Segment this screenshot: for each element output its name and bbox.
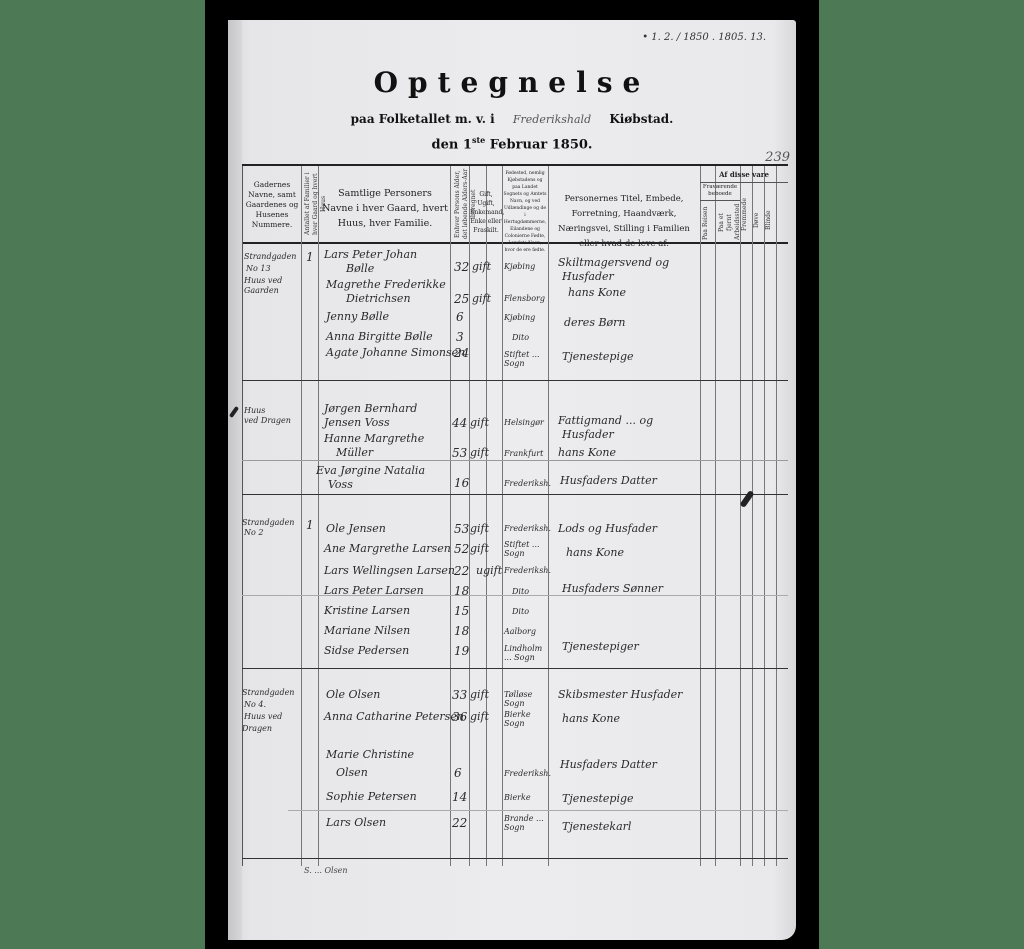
census-date: den 1ste Februar 1850. — [228, 135, 796, 152]
person-name: Lars Wellingsen Larsen — [324, 564, 455, 577]
person-occupation: Fattigmand ... og — [558, 414, 653, 427]
person-name: Müller — [336, 446, 373, 459]
person-name: Voss — [328, 478, 353, 491]
person-name: Lars Peter Johan — [324, 248, 417, 261]
person-name: Sidse Pedersen — [324, 644, 409, 657]
header-street: Gadernes Navne, samt Gaardenes og Husene… — [244, 180, 300, 230]
person-name: Jensen Voss — [324, 416, 390, 429]
person-birthplace: Helsingør — [504, 418, 544, 427]
street-number: No 13 — [246, 264, 271, 273]
person-birthplace: Flensborg — [504, 294, 545, 303]
person-name: Anna Catharine Petersen — [324, 710, 464, 723]
family-count: 1 — [306, 518, 314, 532]
person-birthplace: Frederiksh. — [504, 479, 551, 488]
person-age: 6 — [454, 766, 462, 780]
col-line — [242, 166, 243, 866]
person-name: Olsen — [336, 766, 368, 779]
person-name: Marie Christine — [326, 748, 414, 761]
person-age: 6 — [456, 310, 464, 324]
household-divider — [242, 668, 788, 669]
person-occupation: Husfaders Datter — [560, 474, 657, 487]
person-marital: ugift — [476, 564, 502, 577]
col-line — [548, 166, 549, 866]
person-occupation: Husfaders Sønner — [562, 582, 663, 595]
person-birthplace: Dito — [512, 587, 529, 596]
col-line — [450, 166, 451, 866]
person-age: 25 — [454, 292, 469, 306]
person-name: Ole Jensen — [326, 522, 386, 535]
person-name: Eva Jørgine Natalia — [316, 464, 425, 477]
person-birthplace: Tølløse Sogn — [504, 690, 546, 708]
page-binding — [228, 20, 242, 940]
col-line — [752, 166, 753, 866]
person-occupation: Lods og Husfader — [558, 522, 657, 535]
date-suffix: Februar 1850. — [490, 137, 593, 152]
person-age: 22 — [452, 816, 467, 830]
household-divider — [242, 858, 788, 859]
header-marital: Gift, Ugift, Enkemand, Enke eller Fraski… — [470, 190, 502, 235]
person-name: Lars Peter Larsen — [324, 584, 424, 597]
person-birthplace: Frederiksh. — [504, 524, 551, 533]
person-name: Hanne Margrethe — [324, 432, 424, 445]
header-sub-workplace: Paa et fjernt Arbeidssted — [718, 206, 736, 240]
person-birthplace: Brande ... Sogn — [504, 814, 546, 832]
header-rule-top — [242, 164, 788, 166]
street-note: ved Dragen — [244, 416, 291, 425]
col-line — [700, 166, 701, 866]
row-rule — [242, 460, 788, 461]
person-occupation: Skibsmester Husfader — [558, 688, 682, 701]
person-name: Agate Johanne Simonsen — [326, 346, 465, 359]
person-age: 19 — [454, 644, 469, 658]
family-count: 1 — [306, 250, 314, 264]
person-name: Bølle — [346, 262, 374, 275]
header-subrule — [700, 182, 788, 183]
person-name: Sophie Petersen — [326, 790, 417, 803]
person-occupation: hans Kone — [566, 546, 624, 559]
census-page: • 1. 2. / 1850 . 1805. 13. Optegnelse pa… — [228, 20, 796, 940]
person-age: 53 — [452, 446, 467, 460]
person-name: Dietrichsen — [346, 292, 411, 305]
header-of-these: Af disse vare — [702, 170, 786, 180]
street-note: Gaarden — [244, 286, 279, 295]
person-age: 3 — [456, 330, 464, 344]
person-occupation: Tjenestepige — [562, 350, 634, 363]
person-occupation: hans Kone — [568, 286, 626, 299]
person-name: Anna Birgitte Bølle — [326, 330, 433, 343]
street-note: Huus ved — [244, 276, 282, 285]
col-line — [740, 166, 741, 866]
person-marital: gift — [470, 446, 489, 459]
header-absent: Fraværende beboede — [701, 184, 739, 198]
person-occupation: Husfader — [562, 428, 614, 441]
person-birthplace: Kjøbing — [504, 313, 535, 322]
page-title: Optegnelse — [228, 66, 796, 99]
street-name: Strandgaden — [244, 252, 296, 261]
page-number: 239 — [765, 150, 790, 165]
person-name: Mariane Nilsen — [324, 624, 410, 637]
person-birthplace: Kjøbing — [504, 262, 535, 271]
person-age: 15 — [454, 604, 469, 618]
person-birthplace: Bierke Sogn — [504, 710, 546, 728]
page-subtitle: paa Folketallet m. v. i Frederikshald Ki… — [228, 112, 796, 126]
street-note: Huus ved — [244, 712, 282, 721]
person-occupation: Husfaders Datter — [560, 758, 657, 771]
header-occupation: Personernes Titel, Embede, Forretning, H… — [550, 192, 698, 252]
footer-note: S. ... Olsen — [304, 866, 348, 875]
street-name: Strandgaden — [242, 518, 294, 527]
subtitle-suffix: Kiøbstad. — [609, 112, 673, 126]
person-age: 53 — [454, 522, 469, 536]
person-occupation: Skiltmagersvend og — [558, 256, 669, 269]
person-marital: gift — [470, 542, 489, 555]
person-name: Ane Margrethe Larsen — [324, 542, 451, 555]
person-name: Jenny Bølle — [326, 310, 389, 323]
person-occupation: Tjenestepiger — [562, 640, 639, 653]
person-name: Ole Olsen — [326, 688, 380, 701]
person-occupation: hans Kone — [562, 712, 620, 725]
person-birthplace: Frankfurt — [504, 449, 543, 458]
col-line — [776, 166, 777, 866]
person-marital: gift — [470, 522, 489, 535]
person-birthplace: Stiftet ... Sogn — [504, 350, 546, 368]
person-birthplace: Frederiksh. — [504, 769, 551, 778]
person-age: 52 — [454, 542, 469, 556]
street-number: No 2 — [244, 528, 263, 537]
header-birthplace: Fødested, nemlig Kjøbstadens og paa Land… — [503, 170, 547, 254]
person-age: 24 — [454, 346, 469, 360]
person-birthplace: Aalborg — [504, 627, 536, 636]
archive-note: • 1. 2. / 1850 . 1805. 13. — [642, 32, 766, 43]
header-subrule — [700, 200, 740, 201]
person-occupation: Husfader — [562, 270, 614, 283]
col-line — [301, 166, 302, 866]
street-number: No 4. — [244, 700, 266, 709]
date-prefix: den 1 — [432, 137, 472, 152]
header-families: Antallet af Familier i hver Gaard og hve… — [304, 168, 316, 240]
person-age: 44 — [452, 416, 467, 430]
row-rule — [288, 810, 788, 811]
place-name: Frederikshald — [513, 113, 591, 126]
person-age: 14 — [452, 790, 467, 804]
person-birthplace: Stiftet ... Sogn — [504, 540, 546, 558]
person-name: Lars Olsen — [326, 816, 386, 829]
person-age: 18 — [454, 624, 469, 638]
person-birthplace: Lindholm ... Sogn — [504, 644, 546, 662]
household-divider — [242, 380, 788, 381]
person-marital: gift — [470, 710, 489, 723]
header-sub-deaf: Døve — [753, 200, 763, 240]
col-line — [764, 166, 765, 866]
person-marital: gift — [472, 260, 491, 273]
street-note: Dragen — [242, 724, 272, 733]
street-name: Strandgaden — [242, 688, 294, 697]
subtitle-prefix: paa Folketallet m. v. i — [351, 112, 495, 126]
person-marital: gift — [470, 688, 489, 701]
person-age: 22 — [454, 564, 469, 578]
header-persons: Samtlige Personers Navne i hver Gaard, h… — [322, 186, 448, 231]
person-occupation: deres Børn — [564, 316, 626, 329]
person-age: 32 — [454, 260, 469, 274]
person-birthplace: Dito — [512, 333, 529, 342]
person-birthplace: Dito — [512, 607, 529, 616]
person-occupation: hans Kone — [558, 446, 616, 459]
person-birthplace: Frederiksh. — [504, 566, 551, 575]
person-age: 18 — [454, 584, 469, 598]
person-name: Magrethe Frederikke — [326, 278, 446, 291]
date-sup: ste — [472, 135, 485, 145]
person-name: Jørgen Bernhard — [324, 402, 417, 415]
person-birthplace: Bierke — [504, 793, 531, 802]
person-occupation: Tjenestekarl — [562, 820, 631, 833]
header-sub-travel: Paa Reisen — [702, 206, 714, 240]
household-divider — [242, 494, 788, 495]
header-sub-foreign: Fremmede — [741, 190, 751, 240]
person-age: 33 — [452, 688, 467, 702]
header-sub-blind: Blinde — [765, 200, 775, 240]
person-name: Kristine Larsen — [324, 604, 410, 617]
person-marital: gift — [470, 416, 489, 429]
person-occupation: Tjenestepige — [562, 792, 634, 805]
street-name: Huus — [244, 406, 265, 415]
header-age: Enhver Persons Alder, det løbende Alders… — [454, 168, 466, 240]
person-marital: gift — [472, 292, 491, 305]
col-line — [318, 166, 319, 866]
person-age: 36 — [452, 710, 467, 724]
col-line — [715, 166, 716, 866]
person-age: 16 — [454, 476, 469, 490]
col-line — [502, 166, 503, 866]
